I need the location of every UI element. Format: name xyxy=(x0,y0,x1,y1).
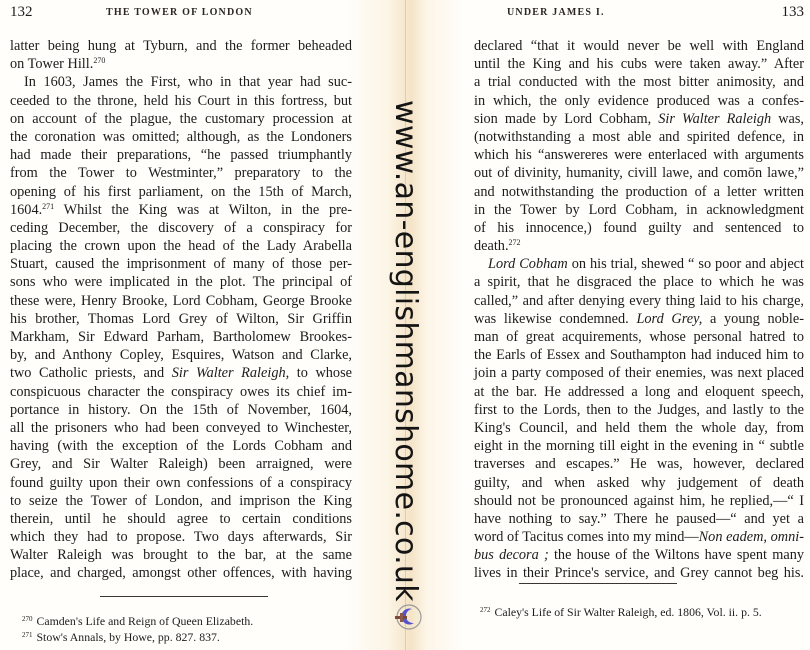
footnote-reference[interactable]: 271 xyxy=(42,202,54,211)
text-line: two Catholic priests, and Sir Walter Ral… xyxy=(10,364,352,382)
line-text: the Earls of Essex and Southampton had i… xyxy=(474,347,804,363)
right-footnote-rule xyxy=(519,583,677,584)
text-line: sons who were implicated in the plot. Th… xyxy=(10,273,352,291)
line-text: at the bar. He addressed a long and eloq… xyxy=(474,384,804,400)
left-running-title: THE TOWER OF LONDON xyxy=(106,7,253,18)
line-text: guilty, and when asked why judgement of … xyxy=(474,475,804,491)
footnote-text: Camden's Life and Reign of Queen Elizabe… xyxy=(37,614,254,628)
line-text: to whose xyxy=(289,365,352,381)
line-text: conspicuous character the conspiracy owe… xyxy=(10,384,352,400)
line-text: therein, until he should agree to certai… xyxy=(10,511,352,527)
text-line: from the Tower to Westminter,” preparato… xyxy=(10,164,352,182)
text-line: by, and Anthony Copley, Esquires, Watson… xyxy=(10,346,352,364)
footnote-text: Stow's Annals, by Howe, pp. 827. 837. xyxy=(37,630,220,644)
line-text: was, xyxy=(771,111,804,127)
line-text: sion made by Lord Cobham, xyxy=(474,111,658,127)
text-line: which they had to propose. Two days afte… xyxy=(10,528,352,546)
line-text: and notwithstanding the production of a … xyxy=(474,184,804,200)
text-line: declared “that it would never be well wi… xyxy=(474,37,804,55)
line-text: death. xyxy=(474,238,509,254)
text-line: Walter Raleigh was brought to the bar, a… xyxy=(10,546,352,564)
italic-text: Lord Grey, xyxy=(636,311,702,327)
text-line: was likewise condemned. Lord Grey, a you… xyxy=(474,310,804,328)
line-text: Markham, Sir Edward Parham, Bartholomew … xyxy=(10,329,352,345)
watermark-url: www.an-englishmanshome.co.uk xyxy=(385,100,425,570)
left-body-text: latter being hung at Tyburn, and the for… xyxy=(10,37,352,583)
text-line: a trial conducted with the most bitter a… xyxy=(474,73,804,91)
line-text: the coronation was omitted; although, as… xyxy=(10,129,352,145)
text-line: therein, until he should agree to certai… xyxy=(10,510,352,528)
left-footnote-rule xyxy=(100,596,268,597)
line-text: on account of the plague, the customary … xyxy=(10,111,352,127)
text-line: at the bar. He addressed a long and eloq… xyxy=(474,383,804,401)
line-text: declared “that it would never be well wi… xyxy=(474,38,804,54)
line-text: King's Council, and held them the whole … xyxy=(474,420,804,436)
footnote-number: 271 xyxy=(22,631,33,639)
line-text: out of divinity, humanity, civill lawe, … xyxy=(474,165,804,181)
line-text: lives in their Prince's service, and Gre… xyxy=(474,565,804,581)
text-line: having (with the exception of the Lords … xyxy=(10,437,352,455)
right-body-text: declared “that it would never be well wi… xyxy=(474,37,804,583)
text-line: in which, the only evidence produced was… xyxy=(474,92,804,110)
text-line: until the King and his cubs were taken a… xyxy=(474,55,804,73)
text-line: ceeded to the throne, held his Court in … xyxy=(10,92,352,110)
text-line: word of Tacitus comes into my mind—Non e… xyxy=(474,528,804,546)
line-text: ceeded to the throne, held his Court in … xyxy=(10,93,352,109)
line-text: latter being hung at Tyburn, and the for… xyxy=(10,38,352,54)
text-line: on account of the plague, the customary … xyxy=(10,110,352,128)
text-line: and notwithstanding the production of a … xyxy=(474,183,804,201)
line-text: all the prisoners who had been conveyed … xyxy=(10,420,352,436)
text-line: had made their preparations, “he passed … xyxy=(10,146,352,164)
text-line: 1604.271 Whilst the King was at Wilton, … xyxy=(10,201,352,219)
line-text: having (with the exception of the Lords … xyxy=(10,438,352,454)
line-text: in the Tower by Lord Cobham, in acknowle… xyxy=(474,202,804,218)
italic-text: bus decora ; xyxy=(474,547,549,563)
italic-text: Sir Walter Raleigh, xyxy=(172,365,289,381)
text-line: lives in their Prince's service, and Gre… xyxy=(474,564,804,582)
right-running-head: UNDER JAMES I. 133 xyxy=(474,6,804,22)
line-text: eight in the morning till eight in the e… xyxy=(474,438,804,454)
text-line: portance in history. On the 15th of Nove… xyxy=(10,401,352,419)
right-page: UNDER JAMES I. 133 declared “that it wou… xyxy=(474,0,804,650)
line-text: of his innocence,) found guilty and sent… xyxy=(474,220,804,236)
text-line: opening of his first parliament, on the … xyxy=(10,183,352,201)
text-line: all the prisoners who had been conveyed … xyxy=(10,419,352,437)
text-line: traverses and escapes.” He was, however,… xyxy=(474,455,804,473)
text-line: found guilty upon their own confessions … xyxy=(10,474,352,492)
line-text: In 1603, James the First, who in that ye… xyxy=(24,74,352,90)
text-line: (notwithstanding a most able and spirite… xyxy=(474,128,804,146)
text-line: called,” and after denying every thing l… xyxy=(474,292,804,310)
footnote-text: Caley's Life of Sir Walter Raleigh, ed. … xyxy=(495,605,762,619)
line-text: have nothing to say.” There he paused—“ … xyxy=(474,511,804,527)
text-line: conspicuous character the conspiracy owe… xyxy=(10,383,352,401)
line-text: ceding December, the discovery of a cons… xyxy=(10,220,352,236)
italic-text: Sir Walter Raleigh xyxy=(658,111,771,127)
line-text: (notwithstanding a most able and spirite… xyxy=(474,129,804,145)
left-page: 132 THE TOWER OF LONDON latter being hun… xyxy=(10,0,352,650)
text-line: guilty, and when asked why judgement of … xyxy=(474,474,804,492)
text-line: latter being hung at Tyburn, and the for… xyxy=(10,37,352,55)
line-text: Whilst the King was at Wilton, in the pr… xyxy=(54,202,352,218)
text-line: out of divinity, humanity, civill lawe, … xyxy=(474,164,804,182)
text-line: first to the Lords, then to the Judges, … xyxy=(474,401,804,419)
line-text: the house of the Wiltons have spent many xyxy=(549,547,804,563)
line-text: sons who were implicated in the plot. Th… xyxy=(10,274,352,290)
line-text: by, and Anthony Copley, Esquires, Watson… xyxy=(10,347,352,363)
text-line: death.272 xyxy=(474,237,804,255)
text-line: Markham, Sir Edward Parham, Bartholomew … xyxy=(10,328,352,346)
line-text: traverses and escapes.” He was, however,… xyxy=(474,456,804,472)
footnote: 272Caley's Life of Sir Walter Raleigh, e… xyxy=(480,604,804,620)
line-text: had made their preparations, “he passed … xyxy=(10,147,352,163)
line-text: a spirit, that he disgraced the place to… xyxy=(474,274,804,290)
book-spread: 132 THE TOWER OF LONDON latter being hun… xyxy=(0,0,810,650)
line-text: on Tower Hill. xyxy=(10,56,93,72)
line-text: called,” and after denying every thing l… xyxy=(474,293,804,309)
line-text: word of Tacitus comes into my mind— xyxy=(474,529,699,545)
left-running-head: 132 THE TOWER OF LONDON xyxy=(10,6,352,22)
footnote-reference[interactable]: 270 xyxy=(93,56,105,65)
text-line: In 1603, James the First, who in that ye… xyxy=(10,73,352,91)
circle-crescent-logo-icon xyxy=(395,603,423,631)
left-footnotes: 270Camden's Life and Reign of Queen Eliz… xyxy=(22,613,352,645)
line-text: man of great acquirements, whose persona… xyxy=(474,329,804,345)
text-line: to seize the Tower of London, and impris… xyxy=(10,492,352,510)
right-running-title: UNDER JAMES I. xyxy=(507,7,605,18)
line-text: until the King and his cubs were taken a… xyxy=(474,56,804,72)
line-text: should not be pronounced against him, he… xyxy=(474,493,804,509)
line-text: Walter Raleigh was brought to the bar, a… xyxy=(10,547,352,563)
text-line: which his “answereres were enterlaced wi… xyxy=(474,146,804,164)
italic-text: Lord Cobham xyxy=(488,256,568,272)
text-line: in the Tower by Lord Cobham, in acknowle… xyxy=(474,201,804,219)
watermark: www.an-englishmanshome.co.uk xyxy=(380,100,440,580)
footnote-reference[interactable]: 272 xyxy=(509,238,521,247)
text-line: man of great acquirements, whose persona… xyxy=(474,328,804,346)
line-text: two Catholic priests, and xyxy=(10,365,172,381)
text-line: Grey, and Sir Walter Raleigh) been arrai… xyxy=(10,455,352,473)
text-line: the Earls of Essex and Southampton had i… xyxy=(474,346,804,364)
right-page-number: 133 xyxy=(782,4,805,21)
line-text: join a party composed of their enemies, … xyxy=(474,365,804,381)
text-line: placing the crown upon the head of the L… xyxy=(10,237,352,255)
line-text: first to the Lords, then to the Judges, … xyxy=(474,402,804,418)
line-text: opening of his first parliament, on the … xyxy=(10,184,352,200)
line-text: place, and charged, amongst other offenc… xyxy=(10,565,352,581)
line-text: was likewise condemned. xyxy=(474,311,636,327)
line-text: these were, Henry Brooke, Lord Cobham, G… xyxy=(10,293,352,309)
text-line: Stuart, caused the imprisonment of many … xyxy=(10,255,352,273)
text-line: ceding December, the discovery of a cons… xyxy=(10,219,352,237)
text-line: should not be pronounced against him, he… xyxy=(474,492,804,510)
text-line: the coronation was omitted; although, as… xyxy=(10,128,352,146)
line-text: on his trial, shewed “ so poor and abjec… xyxy=(568,256,804,272)
text-line: eight in the morning till eight in the e… xyxy=(474,437,804,455)
footnote-number: 270 xyxy=(22,615,33,623)
text-line: King's Council, and held them the whole … xyxy=(474,419,804,437)
text-line: his brother, Thomas Lord Grey of Wilton,… xyxy=(10,310,352,328)
text-line: place, and charged, amongst other offenc… xyxy=(10,564,352,582)
line-text: to seize the Tower of London, and impris… xyxy=(10,493,352,509)
text-line: bus decora ; the house of the Wiltons ha… xyxy=(474,546,804,564)
line-text: from the Tower to Westminter,” preparato… xyxy=(10,165,352,181)
right-footnotes: 272Caley's Life of Sir Walter Raleigh, e… xyxy=(480,604,804,620)
line-text: his brother, Thomas Lord Grey of Wilton,… xyxy=(10,311,352,327)
italic-text: Non eadem, omni- xyxy=(699,529,804,545)
footnote-number: 272 xyxy=(480,606,491,614)
line-text: Stuart, caused the imprisonment of many … xyxy=(10,256,352,272)
text-line: on Tower Hill.270 xyxy=(10,55,352,73)
line-text: 1604. xyxy=(10,202,42,218)
footnote: 271Stow's Annals, by Howe, pp. 827. 837. xyxy=(22,629,352,645)
text-line: join a party composed of their enemies, … xyxy=(474,364,804,382)
line-text: a young noble- xyxy=(702,311,804,327)
text-line: a spirit, that he disgraced the place to… xyxy=(474,273,804,291)
text-line: of his innocence,) found guilty and sent… xyxy=(474,219,804,237)
text-line: Lord Cobham on his trial, shewed “ so po… xyxy=(474,255,804,273)
footnote: 270Camden's Life and Reign of Queen Eliz… xyxy=(22,613,352,629)
line-text: which his “answereres were enterlaced wi… xyxy=(474,147,804,163)
text-line: sion made by Lord Cobham, Sir Walter Ral… xyxy=(474,110,804,128)
line-text: found guilty upon their own confessions … xyxy=(10,475,352,491)
line-text: Grey, and Sir Walter Raleigh) been arrai… xyxy=(10,456,352,472)
text-line: these were, Henry Brooke, Lord Cobham, G… xyxy=(10,292,352,310)
text-line: have nothing to say.” There he paused—“ … xyxy=(474,510,804,528)
left-page-number: 132 xyxy=(10,4,33,21)
line-text: a trial conducted with the most bitter a… xyxy=(474,74,804,90)
line-text: placing the crown upon the head of the L… xyxy=(10,238,352,254)
line-text: which they had to propose. Two days afte… xyxy=(10,529,352,545)
line-text: in which, the only evidence produced was… xyxy=(474,93,804,109)
line-text: portance in history. On the 15th of Nove… xyxy=(10,402,352,418)
